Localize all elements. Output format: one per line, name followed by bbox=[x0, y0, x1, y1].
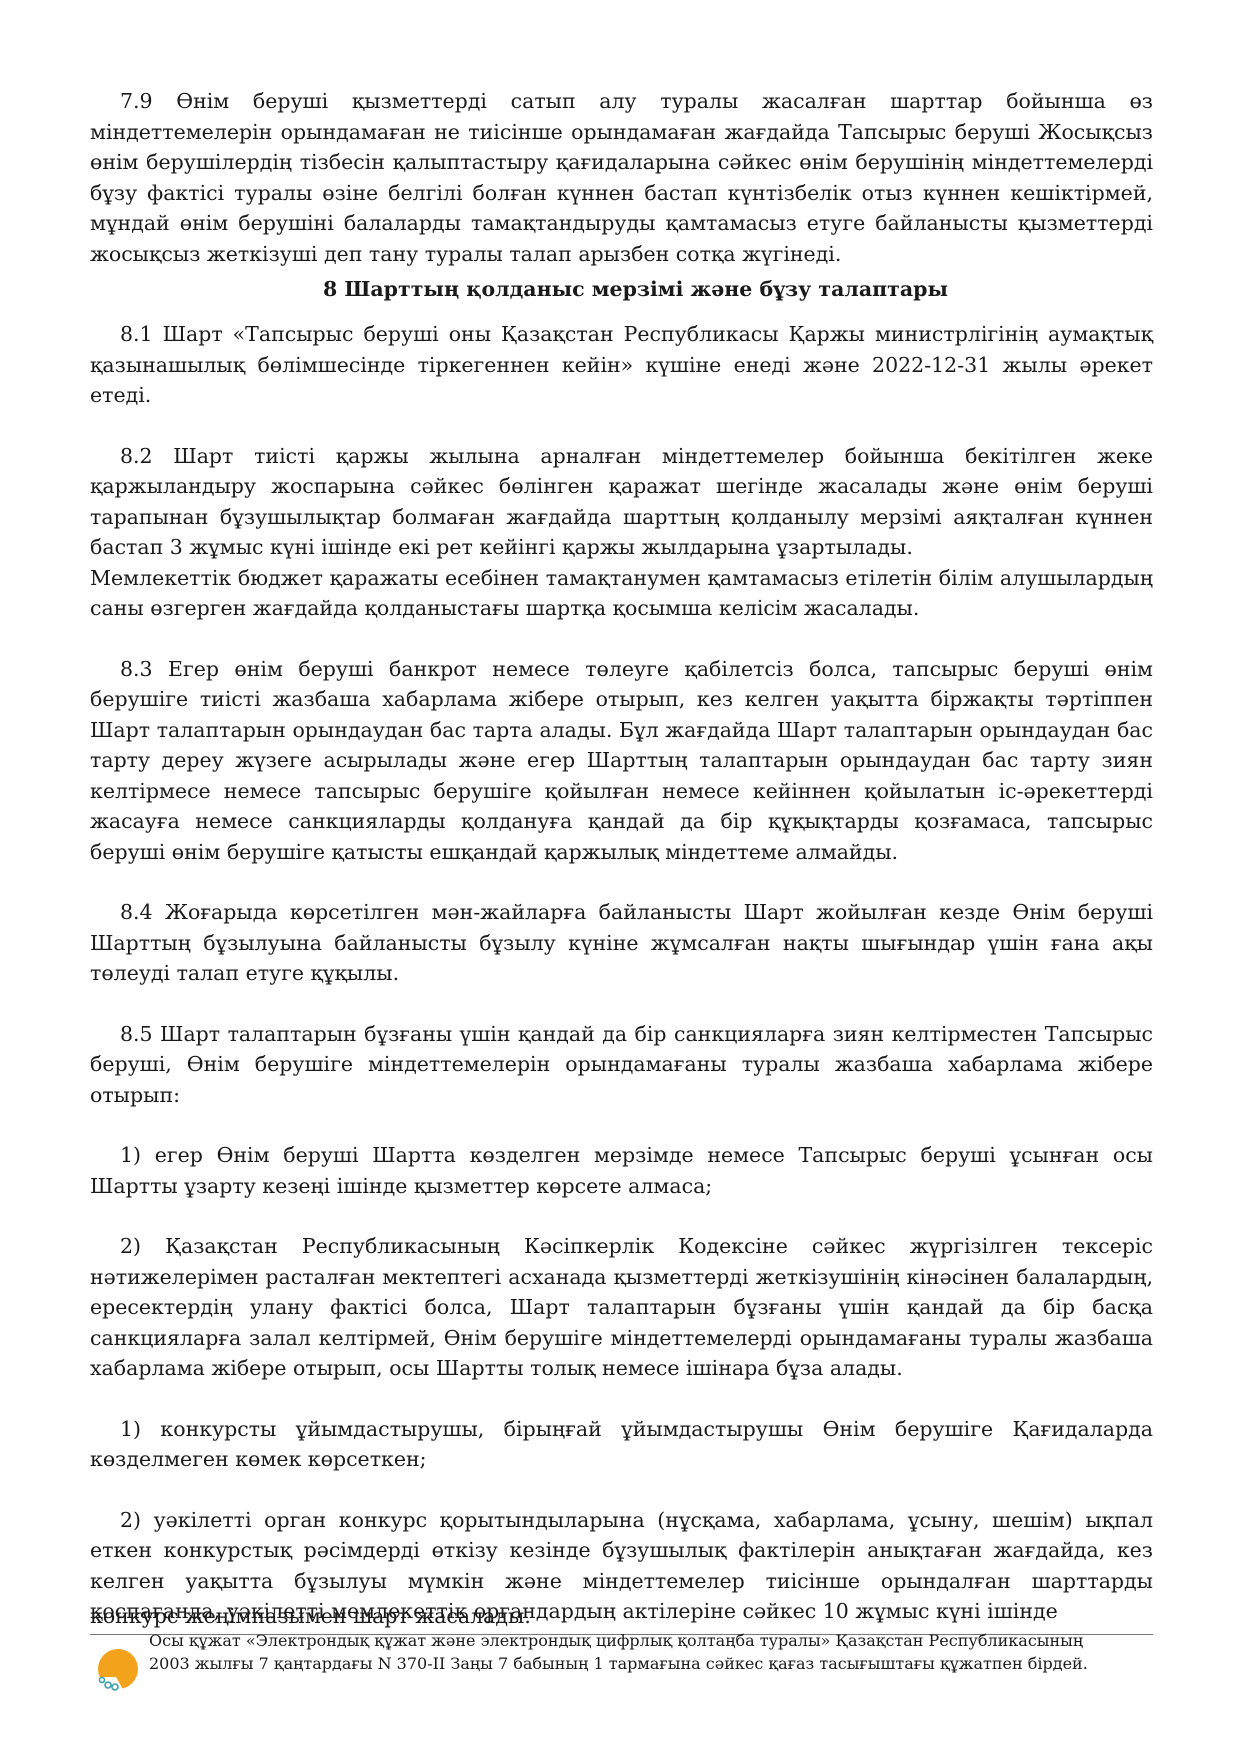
paragraph-8-4: 8.4 Жоғарыда көрсетілген мән-жайларға ба… bbox=[90, 897, 1153, 989]
spacer bbox=[90, 309, 1153, 319]
paragraph-8-2: 8.2 Шарт тиісті қаржы жылына арналған мі… bbox=[90, 441, 1153, 563]
paragraph-8-5: 8.5 Шарт талаптарын бұзғаны үшін қандай … bbox=[90, 1019, 1153, 1111]
footer: Осы құжат «Электрондық құжат және электр… bbox=[90, 1634, 1153, 1715]
list-item-2b-last-line: конкурс жеңімпазымен шарт жасалады. bbox=[90, 1601, 531, 1631]
section-heading: 8 Шарттың қолданыс мерзімі және бұзу тал… bbox=[90, 269, 1153, 309]
paragraph-8-3: 8.3 Егер өнім беруші банкрот немесе төле… bbox=[90, 654, 1153, 868]
paragraph-8-1: 8.1 Шарт «Тапсырыс беруші оны Қазақстан … bbox=[90, 319, 1153, 411]
footer-legal-notice: Осы құжат «Электрондық құжат және электр… bbox=[149, 1629, 1109, 1675]
egov-sun-logo-icon bbox=[94, 1647, 140, 1693]
spacer bbox=[90, 1201, 1153, 1231]
paragraph-8-2-continued: Мемлекеттік бюджет қаражаты есебінен там… bbox=[90, 563, 1153, 624]
list-item-2: 2) Қазақстан Республикасының Кәсіпкерлік… bbox=[90, 1231, 1153, 1384]
paragraph-7-9: 7.9 Өнім беруші қызметтерді сатып алу ту… bbox=[90, 86, 1153, 269]
spacer bbox=[90, 1384, 1153, 1414]
spacer bbox=[90, 624, 1153, 654]
list-item-1b: 1) конкурсты ұйымдастырушы, бірыңғай ұйы… bbox=[90, 1414, 1153, 1475]
spacer bbox=[90, 989, 1153, 1019]
list-item-1: 1) егер Өнім беруші Шартта көзделген мер… bbox=[90, 1140, 1153, 1201]
spacer bbox=[90, 1475, 1153, 1505]
document-page: 7.9 Өнім беруші қызметтерді сатып алу ту… bbox=[90, 86, 1153, 1627]
spacer bbox=[90, 411, 1153, 441]
spacer bbox=[90, 1110, 1153, 1140]
spacer bbox=[90, 867, 1153, 897]
